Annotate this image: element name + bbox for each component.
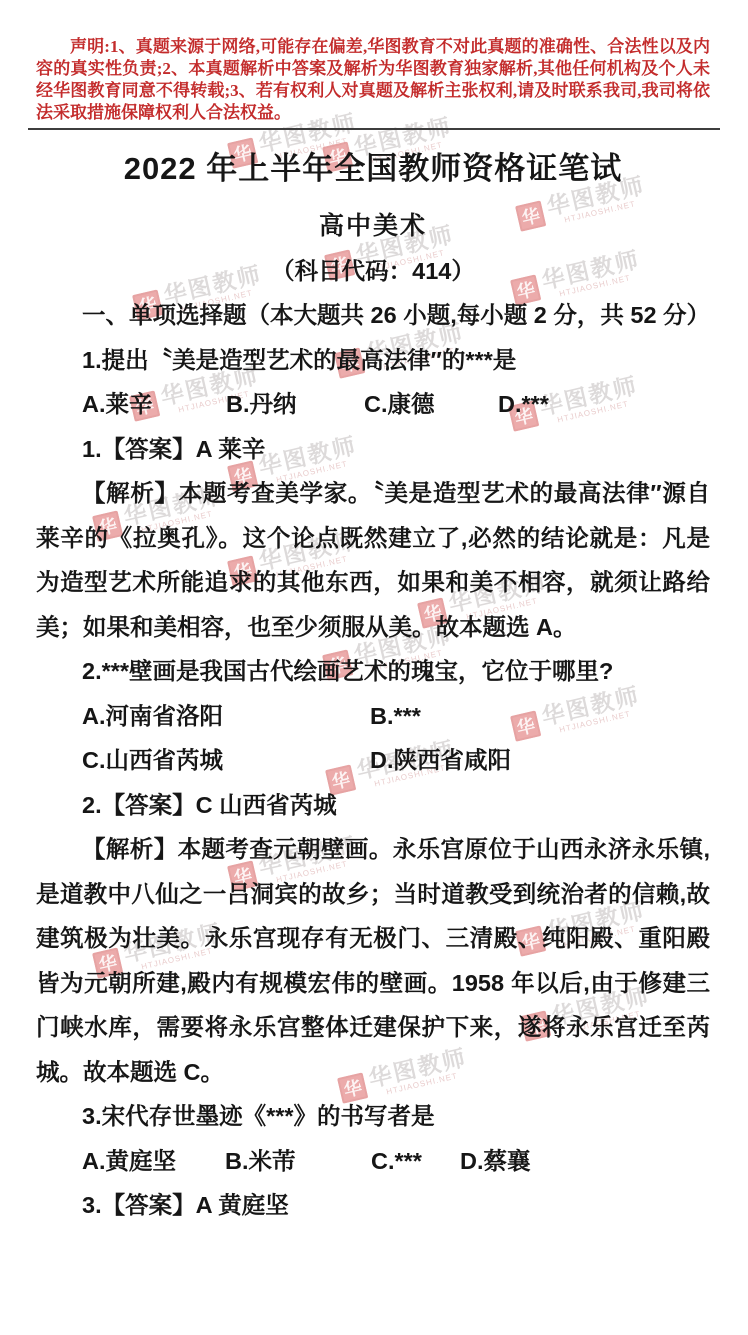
option-c: C.山西省芮城 [82, 738, 370, 783]
option-c: C.*** [371, 1139, 460, 1184]
exam-content: 高中美术 （科目代码：414） 一、单项选择题（本大题共 26 小题,每小题 2… [36, 204, 710, 1228]
disclaimer: 声明:1、真题来源于网络,可能存在偏差,华图教育不对此真题的准确性、合法性以及内… [36, 36, 710, 124]
question-3-answer: 3.【答案】A 黄庭坚 [36, 1183, 710, 1228]
disclaimer-label: 声明: [70, 37, 110, 56]
option-a: A.莱辛 [82, 382, 226, 427]
question-2-options-row-2: C.山西省芮城 D.陕西省咸阳 [36, 738, 710, 783]
question-1-analysis: 【解析】本题考查美学家。〝美是造型艺术的最高法律″源自莱辛的《拉奥孔》。这个论点… [36, 471, 710, 649]
subject-title: 高中美术 [36, 204, 710, 249]
option-d: D.*** [498, 382, 549, 427]
page-title: 2022 年上半年全国教师资格证笔试 [36, 152, 710, 186]
question-2-analysis: 【解析】本题考查元朝壁画。永乐宫原位于山西永济永乐镇,是道教中八仙之一吕洞宾的故… [36, 827, 710, 1094]
option-d: D.蔡襄 [460, 1139, 531, 1184]
question-2-answer: 2.【答案】C 山西省芮城 [36, 783, 710, 828]
option-c: C.康德 [364, 382, 498, 427]
separator-line [28, 128, 720, 130]
disclaimer-text: 1、真题来源于网络,可能存在偏差,华图教育不对此真题的准确性、合法性以及内容的真… [36, 37, 710, 122]
exam-document-page: 华华图教师HTJIAOSHI.NET华华图教师HTJIAOSHI.NET华华图教… [0, 0, 748, 1335]
question-1-stem: 1.提出〝美是造型艺术的最高法律″的***是 [36, 338, 710, 383]
option-a: A.河南省洛阳 [82, 694, 370, 739]
option-b: B.米芾 [225, 1139, 371, 1184]
question-1-answer: 1.【答案】A 莱辛 [36, 427, 710, 472]
option-b: B.*** [370, 694, 421, 739]
option-d: D.陕西省咸阳 [370, 738, 511, 783]
subject-code: （科目代码：414） [36, 249, 710, 294]
question-2-stem: 2.***壁画是我国古代绘画艺术的瑰宝，它位于哪里? [36, 649, 710, 694]
question-1-options: A.莱辛 B.丹纳 C.康德 D.*** [36, 382, 710, 427]
question-3-options: A.黄庭坚 B.米芾 C.*** D.蔡襄 [36, 1139, 710, 1184]
question-2-options-row-1: A.河南省洛阳 B.*** [36, 694, 710, 739]
document-body: 声明:1、真题来源于网络,可能存在偏差,华图教育不对此真题的准确性、合法性以及内… [0, 0, 748, 1228]
question-3-stem: 3.宋代存世墨迹《***》的书写者是 [36, 1094, 710, 1139]
option-b: B.丹纳 [226, 382, 364, 427]
option-a: A.黄庭坚 [82, 1139, 225, 1184]
section-heading: 一、单项选择题（本大题共 26 小题,每小题 2 分，共 52 分） [36, 293, 710, 338]
